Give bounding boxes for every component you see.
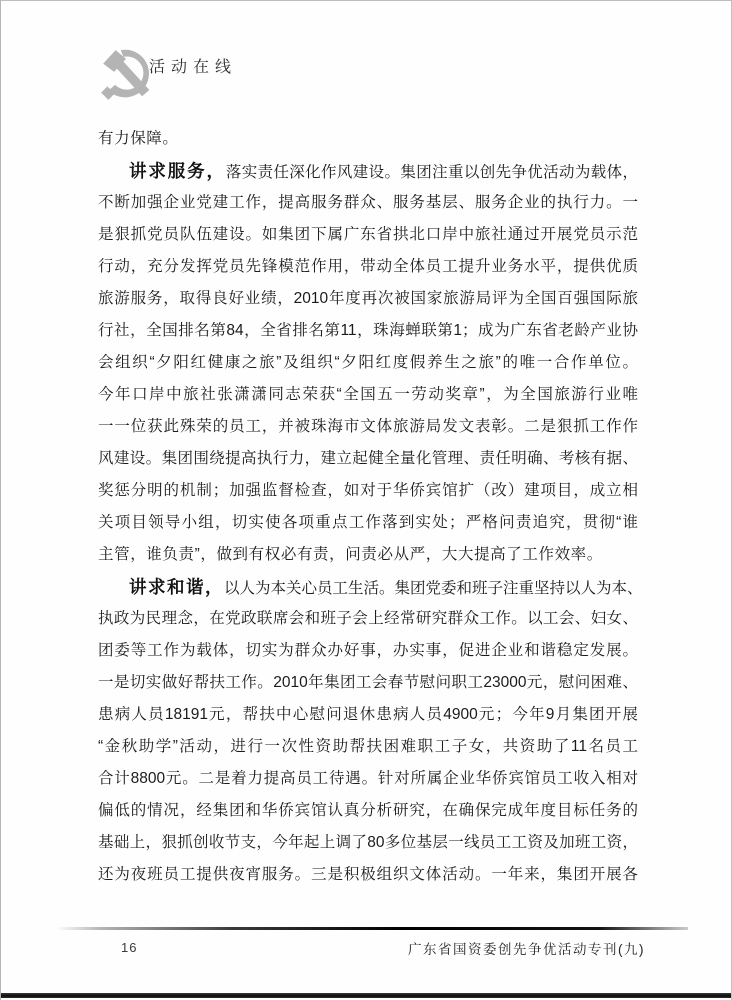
text-line: 还为夜班员工提供夜宵服务。三是积极组织文体活动。一年来，集团开展各 (98, 859, 638, 891)
text-line: 行社，全国排名第84，全省排名第11，珠海蝉联第1；成为广东省老龄产业协 (98, 315, 638, 347)
text-line: 团委等工作为载体，切实为群众办好事，办实事，促进企业和谐稳定发展。 (98, 635, 638, 667)
hammer-and-sickle-icon (100, 47, 152, 104)
page-number: 16 (121, 940, 137, 955)
text-line: 奖惩分明的机制；加强监督检查，如对于华侨宾馆扩（改）建项目，成立相 (98, 475, 638, 507)
page-bottom-edge (1, 993, 731, 998)
text-line: 执政为民理念，在党政联席会和班子会上经常研究群众工作。以工会、妇女、 (98, 603, 638, 635)
text-line: 不断加强企业党建工作，提高服务群众、服务基层、服务企业的执行力。一 (98, 187, 638, 219)
text-line: 关项目领导小组，切实使各项重点工作落到实处；严格问责追究，贯彻“谁 (98, 507, 638, 539)
paragraph-lead: 讲求服务， (129, 161, 226, 181)
text-line: 风建设。集团围绕提高执行力，建立起健全量化管理、责任明确、考核有据、 (98, 443, 638, 475)
text-line: 讲求和谐，以人为本关心员工生活。集团党委和班子注重坚持以人为本、 (98, 571, 638, 603)
text-line: 主管，谁负责”，做到有权必有责，问责必从严，大大提高了工作效率。 (98, 539, 638, 571)
text-line: 讲求服务，落实责任深化作风建设。集团注重以创先争优活动为载体， (98, 155, 638, 187)
text-line: 行动，充分发挥党员先锋模范作用，带动全体员工提升业务水平，提供优质 (98, 251, 638, 283)
text-line: 合计8800元。二是着力提高员工待遇。针对所属企业华侨宾馆员工收入相对 (98, 763, 638, 795)
text-line: “金秋助学”活动，进行一次性资助帮扶困难职工子女，共资助了11名员工 (98, 731, 638, 763)
footer-divider (56, 927, 688, 930)
text-line: 旅游服务，取得良好业绩，2010年度再次被国家旅游局评为全国百强国际旅 (98, 283, 638, 315)
text-line: 是狠抓党员队伍建设。如集团下属广东省拱北口岸中旅社通过开展党员示范 (98, 219, 638, 251)
document-page: 活动在线 有力保障。讲求服务，落实责任深化作风建设。集团注重以创先争优活动为载体… (0, 0, 732, 1000)
text-line: 患病人员18191元，帮扶中心慰问退休患病人员4900元；今年9月集团开展 (98, 699, 638, 731)
text-line: 基础上，狠抓创收节支，今年起上调了80多位基层一线员工工资及加班工资， (98, 827, 638, 859)
page-header: 活动在线 (1, 1, 731, 111)
text-line: 一一位获此殊荣的员工，并被珠海市文体旅游局发文表彰。二是狠抓工作作 (98, 411, 638, 443)
text-line: 会组织“夕阳红健康之旅”及组织“夕阳红度假养生之旅”的唯一合作单位。 (98, 347, 638, 379)
journal-title: 广东省国资委创先争优活动专刊(九) (408, 938, 645, 958)
text-line: 有力保障。 (98, 123, 638, 155)
text-line: 今年口岸中旅社张潇潇同志荣获“全国五一劳动奖章”，为全国旅游行业唯 (98, 379, 638, 411)
text-line: 一是切实做好帮扶工作。2010年集团工会春节慰问职工23000元，慰问困难、 (98, 667, 638, 699)
text-line: 偏低的情况，经集团和华侨宾馆认真分析研究，在确保完成年度目标任务的 (98, 795, 638, 827)
section-title: 活动在线 (149, 54, 237, 77)
article-body: 有力保障。讲求服务，落实责任深化作风建设。集团注重以创先争优活动为载体，不断加强… (98, 123, 638, 891)
paragraph-lead: 讲求和谐， (129, 577, 224, 597)
